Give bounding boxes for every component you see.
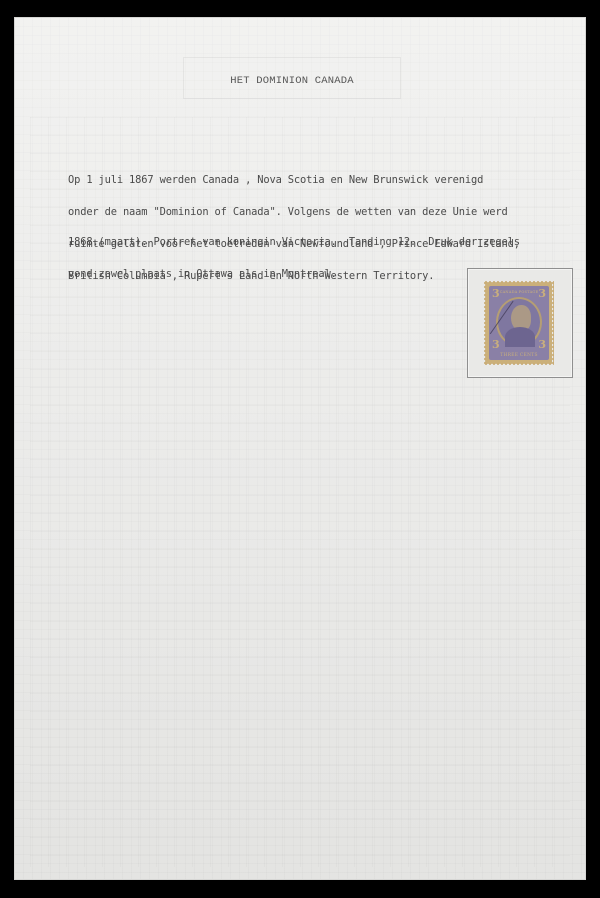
album-page: HET DOMINION CANADA Op 1 juli 1867 werde…	[14, 17, 586, 880]
stamp-country-text: CANADA POSTAGE	[499, 290, 539, 294]
denomination-top-left: 3	[492, 288, 500, 299]
stamp-design: CANADA POSTAGE 3 3 3 3 THREE CENTS	[489, 286, 549, 360]
text-line: vond zowel plaats in Ottawa als in Montr…	[68, 269, 520, 280]
denomination-bottom-left: 3	[492, 339, 500, 350]
title-box: HET DOMINION CANADA	[183, 57, 401, 99]
page-title: HET DOMINION CANADA	[230, 75, 354, 87]
denomination-bottom-right: 3	[538, 339, 546, 350]
stamp[interactable]: CANADA POSTAGE 3 3 3 3 THREE CENTS	[486, 283, 552, 363]
stamp-value-text: THREE CENTS	[497, 353, 541, 358]
stamp-mount: CANADA POSTAGE 3 3 3 3 THREE CENTS	[467, 268, 573, 378]
text-line: 1868.(maart). Portret van koningin Victo…	[68, 237, 520, 248]
issue-description-paragraph: 1868.(maart). Portret van koningin Victo…	[68, 216, 520, 301]
queen-portrait-icon	[496, 297, 542, 347]
text-line: Op 1 juli 1867 werden Canada , Nova Scot…	[68, 175, 520, 186]
denomination-top-right: 3	[538, 288, 546, 299]
portrait-bust	[505, 327, 535, 347]
